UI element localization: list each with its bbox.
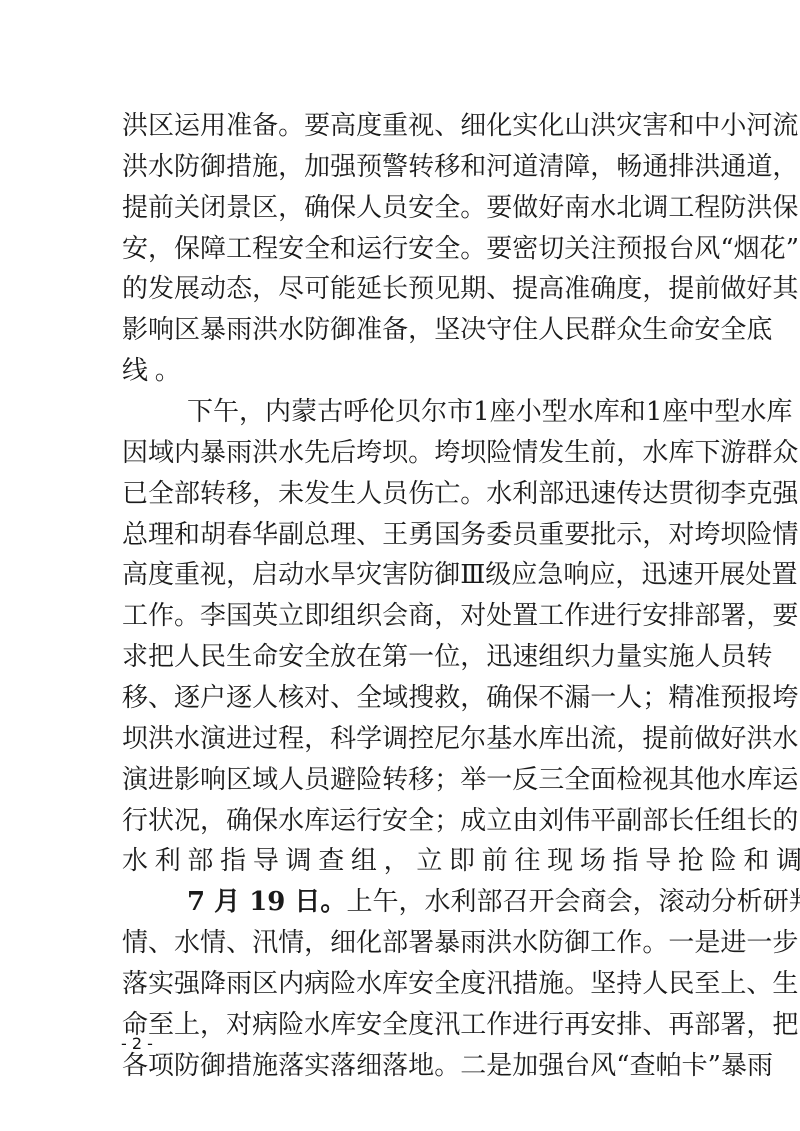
text-line: 洪区运用准备。要高度重视、细化实化山洪灾害和中小河流 bbox=[122, 106, 680, 147]
text-line: 提前关闭景区，确保人员安全。要做好南水北调工程防洪保 bbox=[122, 188, 680, 229]
text-line: 下午，内蒙古呼伦贝尔市1座小型水库和1座中型水库 bbox=[122, 392, 680, 433]
date-heading: 7 月 19 日。 bbox=[187, 882, 346, 923]
text-line: 工作。李国英立即组织会商，对处置工作进行安排部署，要 bbox=[122, 596, 680, 637]
text-line: 落实强降雨区内病险水库安全度汛措施。坚持人民至上、生 bbox=[122, 964, 680, 1005]
document-page: 洪区运用准备。要高度重视、细化实化山洪灾害和中小河流 洪水防御措施，加强预警转移… bbox=[0, 0, 800, 1131]
text-line: 各项防御措施落实落细落地。二是加强台风“查帕卡”暴雨 bbox=[122, 1046, 680, 1087]
text-line: 坝洪水演进过程，科学调控尼尔基水库出流，提前做好洪水 bbox=[122, 719, 680, 760]
text-line: 因域内暴雨洪水先后垮坝。垮坝险情发生前，水库下游群众 bbox=[122, 433, 680, 474]
page-number: - 2 - bbox=[121, 1034, 153, 1053]
text-line: 线。 bbox=[122, 351, 680, 392]
text-line: 移、逐户逐人核对、全域搜救，确保不漏一人；精准预报垮 bbox=[122, 678, 680, 719]
text-line: 已全部转移，未发生人员伤亡。水利部迅速传达贯彻李克强 bbox=[122, 474, 680, 515]
text-line: 影响区暴雨洪水防御准备，坚决守住人民群众生命安全底 bbox=[122, 310, 680, 351]
body-text: 洪区运用准备。要高度重视、细化实化山洪灾害和中小河流 洪水防御措施，加强预警转移… bbox=[122, 106, 680, 1087]
text-line: 高度重视，启动水旱灾害防御Ⅲ级应急响应，迅速开展处置 bbox=[122, 555, 680, 596]
text-line-with-date: 7 月 19 日。 上午，水利部召开会商会，滚动分析研判雨 bbox=[122, 882, 680, 923]
text-line: 求把人民生命安全放在第一位，迅速组织力量实施人员转 bbox=[122, 637, 680, 678]
text-segment: 上午，水利部召开会商会，滚动分析研判雨 bbox=[346, 882, 800, 923]
text-line: 行状况，确保水库运行安全；成立由刘伟平副部长任组长的 bbox=[122, 801, 680, 842]
text-line: 洪水防御措施，加强预警转移和河道清障，畅通排洪通道， bbox=[122, 147, 680, 188]
text-line: 安，保障工程安全和运行安全。要密切关注预报台风“烟花” bbox=[122, 229, 680, 270]
text-line: 总理和胡春华副总理、王勇国务委员重要批示，对垮坝险情 bbox=[122, 515, 680, 556]
text-line: 情、水情、汛情，细化部署暴雨洪水防御工作。一是进一步 bbox=[122, 923, 680, 964]
text-line: 命至上，对病险水库安全度汛工作进行再安排、再部署，把 bbox=[122, 1005, 680, 1046]
text-line: 演进影响区域人员避险转移；举一反三全面检视其他水库运 bbox=[122, 760, 680, 801]
text-line: 水利部指导调查组，立即前往现场指导抢险和调查处理。 bbox=[122, 841, 680, 882]
text-line: 的发展动态，尽可能延长预见期、提高准确度，提前做好其 bbox=[122, 269, 680, 310]
